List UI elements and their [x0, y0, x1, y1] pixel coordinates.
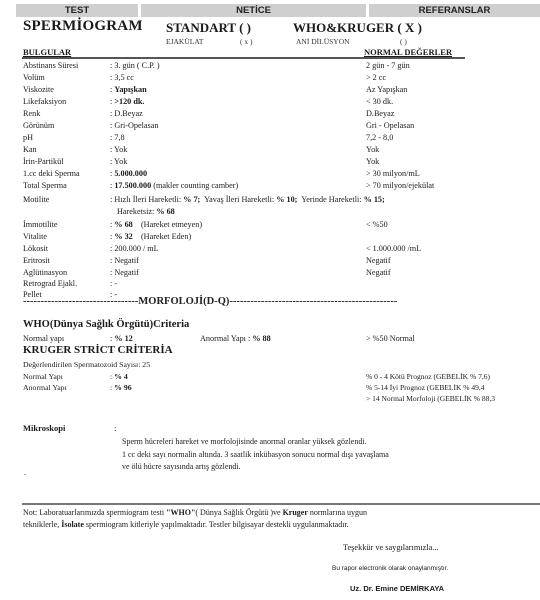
finding-value: : 17.500.000 (makler counting camber) [110, 180, 238, 192]
finding-row: Abstinans Süresi: 3. gün ( C.P. )2 gün -… [23, 60, 523, 72]
finding-value: : % 32 (Hareket Eden) [110, 231, 191, 243]
footer-note-line-1: Not: Laboratuarlarımızda spermiogram tes… [23, 507, 367, 519]
finding-reference: > 30 milyon/mL [366, 168, 420, 180]
header-referanslar: REFERANSLAR [369, 4, 540, 17]
page-title: SPERMİOGRAM [23, 18, 143, 35]
finding-reference: D.Beyaz [366, 108, 394, 120]
finding-reference: > 2 cc [366, 72, 386, 84]
finding-reference: Az Yapışkan [366, 84, 407, 96]
footer-note-line-2: tekniklerle, İsolate spermiogram kitleri… [23, 519, 349, 531]
mikroskopi-text: Sperm hücreleri hareket ve morfolojisind… [122, 436, 502, 474]
finding-value: : >120 dk. [110, 96, 144, 108]
mikroskopi-colon: : [114, 423, 116, 433]
mikroskopi-line-3: ve ölü hücre sayısında artış gözlendi. [122, 461, 502, 474]
finding-label: Total Sperma [23, 180, 67, 192]
finding-row: Viskozite: YapışkanAz Yapışkan [23, 84, 523, 96]
finding-value: : 5.000.000 [110, 168, 147, 180]
who-criteria-title: WHO(Dünya Sağlık Örgütü)Criteria [23, 319, 189, 330]
ejakulat-mark: ( x ) [240, 37, 253, 46]
doctor-signature: Uz. Dr. Emine DEMİRKAYA [350, 584, 444, 593]
header-divider [22, 57, 465, 59]
finding-row: İrin-Partikül: YokYok [23, 156, 523, 168]
finding-row: Kan: YokYok [23, 144, 523, 156]
finding-reference: Yok [366, 144, 379, 156]
finding-row: Likefaksiyon: >120 dk.< 30 dk. [23, 96, 523, 108]
finding-label: Likefaksiyon [23, 96, 66, 108]
motilite-immotile: Hareketsiz: % 68 [117, 206, 175, 218]
finding-row: Eritrosit: NegatifNegatif [23, 255, 523, 267]
finding-reference: Yok [366, 156, 379, 168]
finding-reference: > 70 milyon/ejekülat [366, 180, 434, 192]
finding-reference: 2 gün - 7 gün [366, 60, 410, 72]
bulgular-heading: BULGULAR [23, 47, 71, 57]
finding-value: : 3,5 cc [110, 72, 134, 84]
stray-dot: . [24, 468, 26, 477]
kruger-ref-3: > 14 Normal Morfoloji (GEBELİK % 88,3 [366, 393, 495, 405]
ani-dilusyon-mark: ( ) [400, 37, 407, 46]
finding-row: Görünüm: Gri-OpelasanGri - Opelasan [23, 120, 523, 132]
header-netice: NETİCE [141, 4, 366, 17]
mikroskopi-label: Mikroskopi [23, 423, 65, 433]
kruger-criteria-title: KRUGER STRİCT CRİTERİA [23, 344, 173, 356]
finding-reference: < %50 [366, 219, 388, 231]
finding-label: Volüm [23, 72, 45, 84]
thanks-text: Teşekkür ve saygılarımızla... [343, 543, 439, 552]
mikroskopi-line-1: Sperm hücreleri hareket ve morfolojisind… [122, 436, 502, 449]
header-test: TEST [16, 4, 138, 17]
motilite-row: Motilite : Hızlı İleri Hareketli: % 7; Y… [23, 194, 523, 206]
finding-value: : Yapışkan [110, 84, 147, 96]
finding-value: : % 68 (Hareket etmeyen) [110, 219, 202, 231]
finding-row: Volüm: 3,5 cc> 2 cc [23, 72, 523, 84]
finding-label: Görünüm [23, 120, 54, 132]
who-reference: > %50 Normal [366, 333, 415, 345]
finding-row: Lökosit: 200.000 / mL< 1.000.000 /mL [23, 243, 523, 255]
finding-reference: 7,2 - 8,0 [366, 132, 393, 144]
finding-label: Lökosit [23, 243, 48, 255]
finding-label: Renk [23, 108, 40, 120]
finding-value: : D.Beyaz [110, 108, 143, 120]
finding-label: pH [23, 132, 33, 144]
finding-value: : 200.000 / mL [110, 243, 159, 255]
electronic-approval: Bu rapor electronik olarak onaylanmıştır… [332, 565, 448, 572]
finding-label: Viskozite [23, 84, 54, 96]
footer-divider [22, 503, 540, 505]
finding-label: Abstinans Süresi [23, 60, 78, 72]
finding-row: Total Sperma: 17.500.000 (makler countin… [23, 180, 523, 192]
who-kruger-option: WHO&KRUGER ( X ) [293, 20, 422, 36]
finding-row: pH: 7,87,2 - 8,0 [23, 132, 523, 144]
finding-reference: < 1.000.000 /mL [366, 243, 421, 255]
finding-value: : 3. gün ( C.P. ) [110, 60, 160, 72]
finding-value: : Gri-Opelasan [110, 120, 158, 132]
motilite-value: : Hızlı İleri Hareketli: % 7; Yavaş İler… [110, 194, 385, 206]
finding-label: İmmotilite [23, 219, 58, 231]
finding-row: 1.cc deki Sperma: 5.000.000> 30 milyon/m… [23, 168, 523, 180]
ejakulat-label: EJAKÜLAT [166, 37, 204, 46]
finding-value: : 7,8 [110, 132, 125, 144]
finding-label: İrin-Partikül [23, 156, 63, 168]
standart-option: STANDART ( ) [166, 20, 251, 36]
morfoloji-heading: ---------------------------------MORFOLO… [23, 296, 397, 307]
finding-value: : Yok [110, 156, 127, 168]
normal-degerler-heading: NORMAL DEĞERLER [364, 47, 452, 57]
who-abnormal: Anormal Yapı : % 88 [200, 333, 271, 345]
kruger-ref-row-3: > 14 Normal Morfoloji (GEBELİK % 88,3 [23, 393, 523, 405]
ani-dilusyon-label: ANİ DİLÜSYON [296, 37, 350, 46]
finding-reference: Negatif [366, 255, 391, 267]
motilite-label: Motilite [23, 194, 49, 206]
finding-label: Kan [23, 144, 37, 156]
finding-reference: < 30 dk. [366, 96, 393, 108]
finding-value: : Yok [110, 144, 127, 156]
finding-reference: Gri - Opelasan [366, 120, 414, 132]
finding-row: Renk: D.BeyazD.Beyaz [23, 108, 523, 120]
finding-label: Eritrosit [23, 255, 50, 267]
finding-value: : Negatif [110, 255, 139, 267]
finding-label: 1.cc deki Sperma [23, 168, 80, 180]
finding-row: Vitalite: % 32 (Hareket Eden) [23, 231, 523, 243]
motilite-row-2: Hareketsiz: % 68 [23, 206, 523, 218]
mikroskopi-line-2: 1 cc deki sayı normalin altında. 3 saatl… [122, 449, 502, 462]
kruger-count: Değerlendirilen Spermatozoid Sayısı: 25 [23, 360, 150, 369]
finding-row: İmmotilite: % 68 (Hareket etmeyen)< %50 [23, 219, 523, 231]
finding-label: Vitalite [23, 231, 47, 243]
